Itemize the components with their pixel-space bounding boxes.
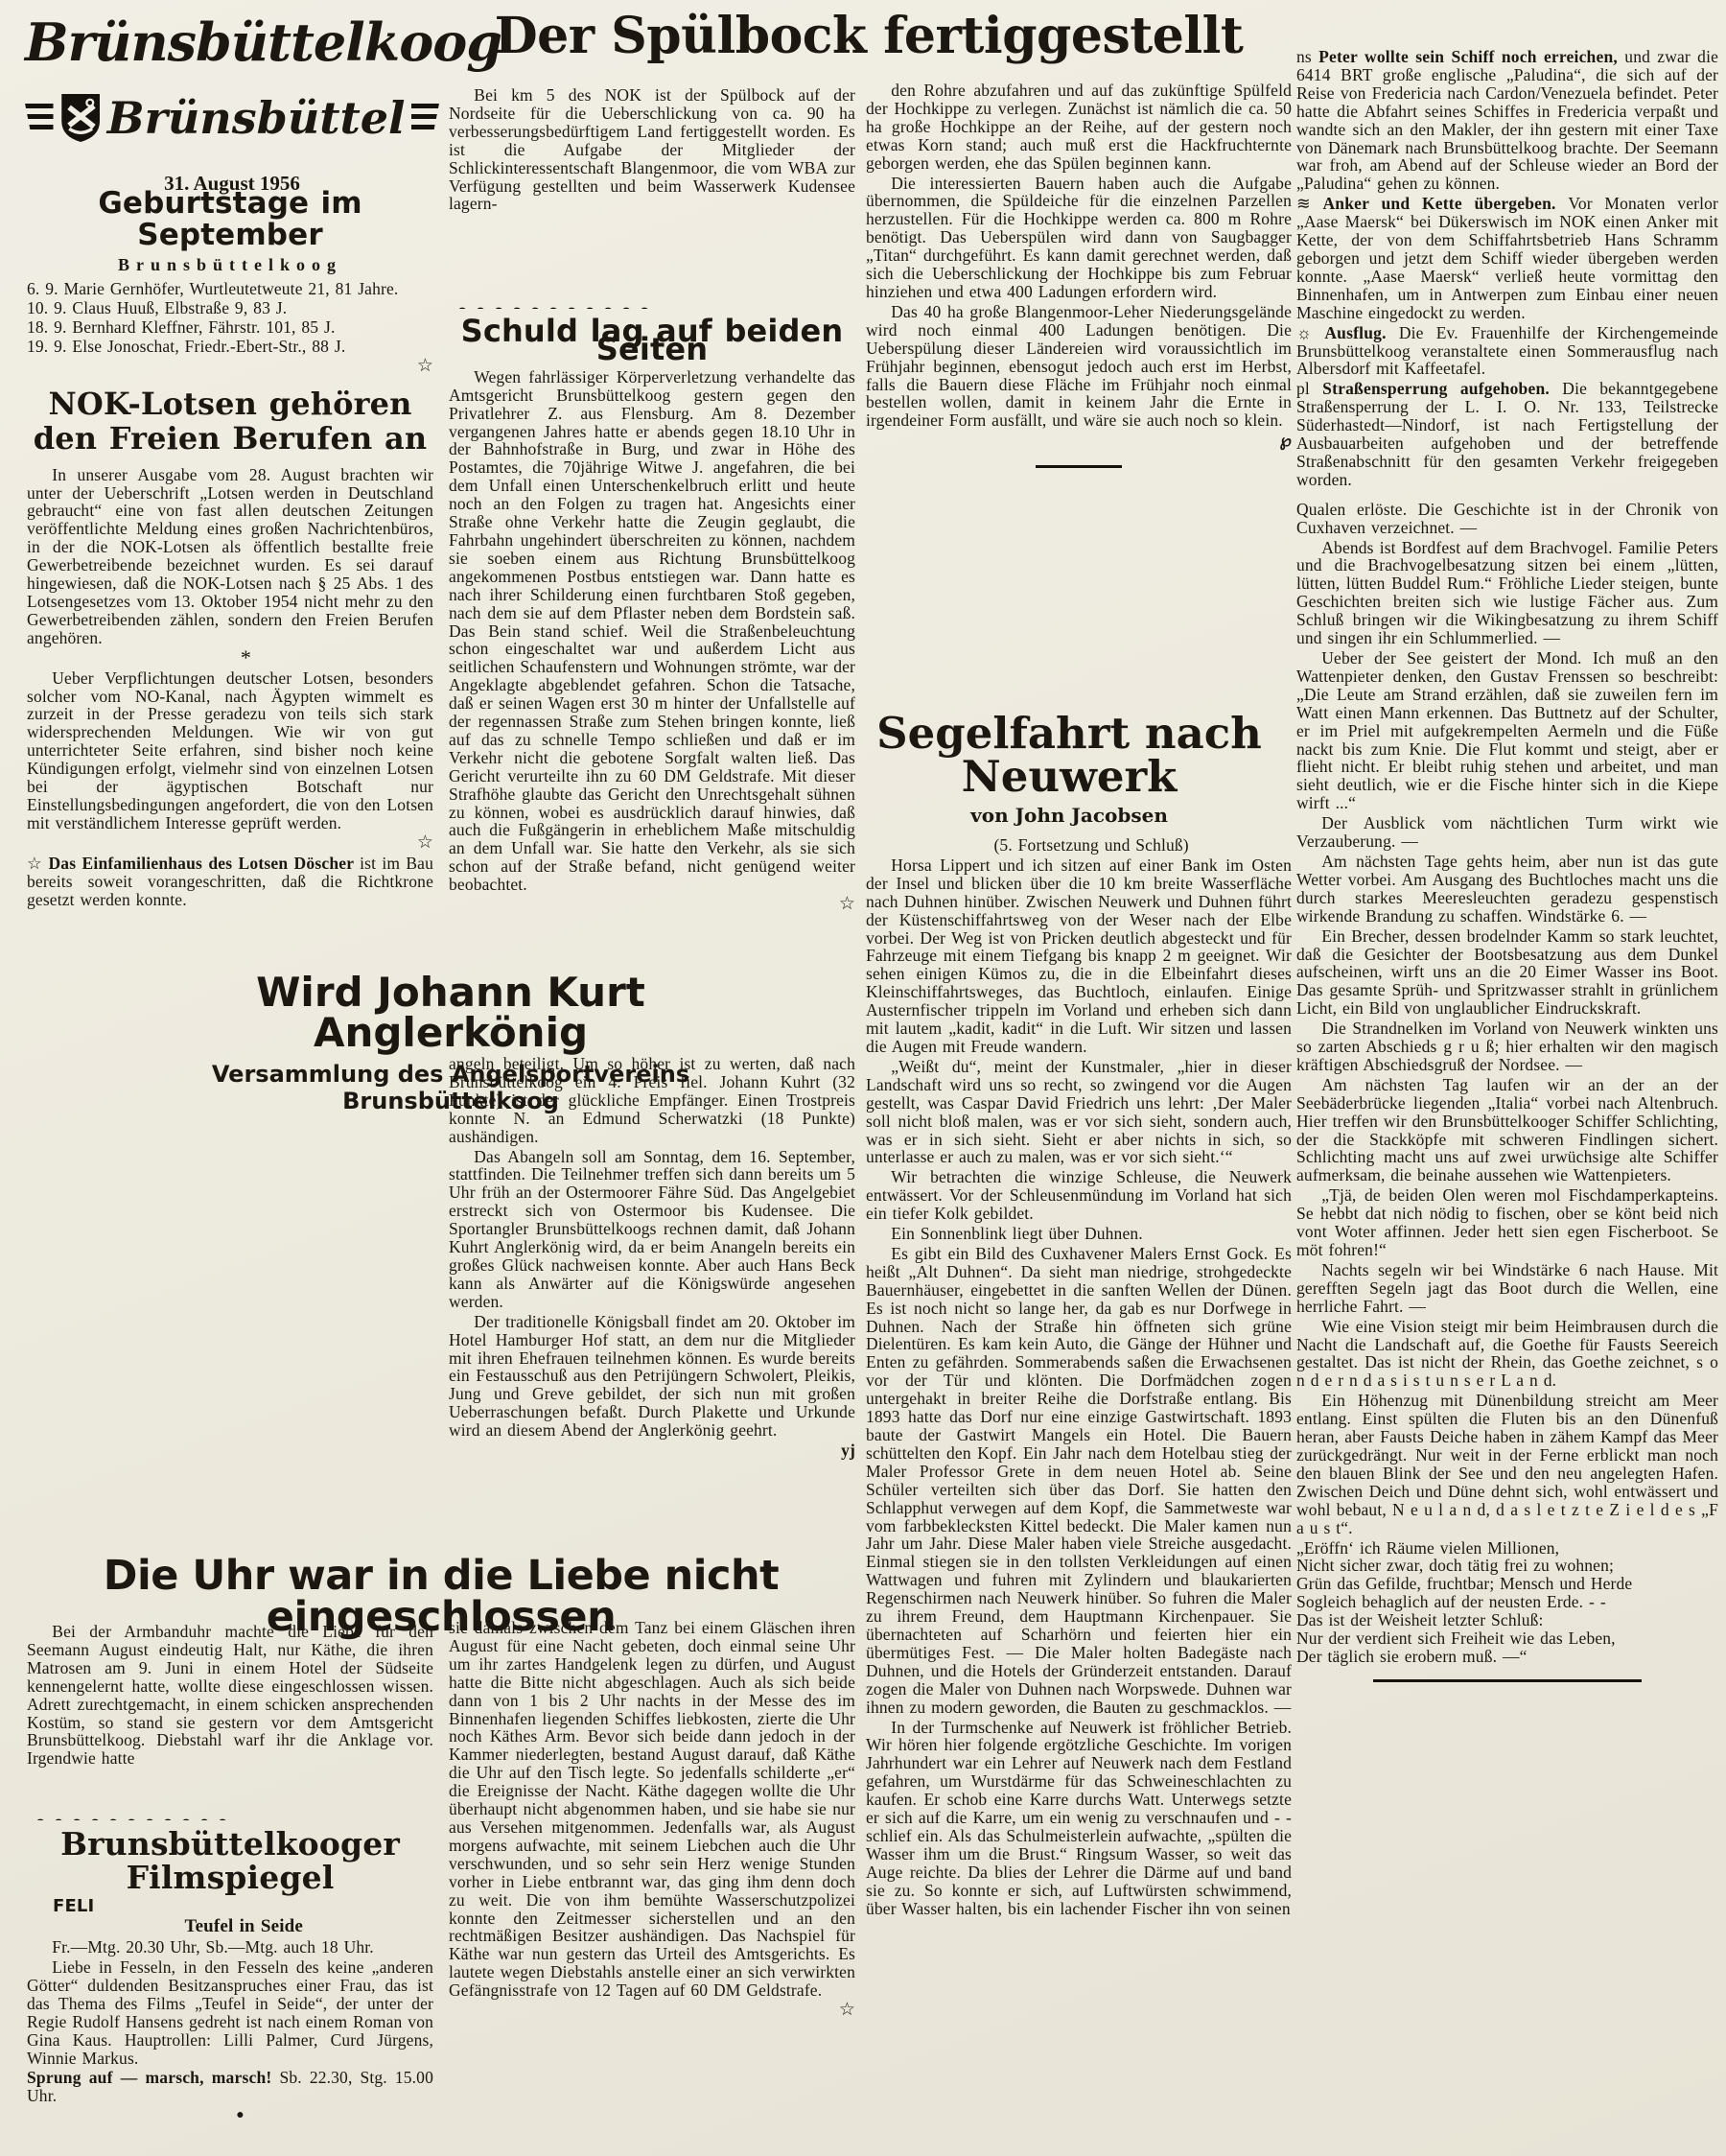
spuelbock-headline: Der Spülbock fertiggestellt [443,12,1294,61]
schuld-article: ____________________________ Schuld lag … [449,288,855,916]
news-brief: ns Peter wollte sein Schiff noch erreich… [1296,48,1718,193]
paragraph: „Weißt du“, meint der Kunstmaler, „hier … [866,1058,1292,1166]
anglerkoenig-body-col2: angeln beteiligt. Um so höher ist zu wer… [449,1055,855,1460]
bold-lead: Sprung auf — marsch, marsch! [27,2068,279,2087]
spuelbock-intro-body: Bei km 5 des NOK ist der Spülbock auf de… [449,86,855,213]
paragraph: Ueber Verpflichtungen deutscher Lotsen, … [27,669,433,832]
birthday-entry: 18. 9. Bernhard Kleffner, Fährstr. 101, … [27,318,433,337]
birthday-entry: 19. 9. Else Jonoschat, Friedr.-Ebert-Str… [27,338,433,356]
news-brief: pl Straßensperrung aufgehoben. Die bekan… [1296,380,1718,488]
film-title: Teufel in Seide [27,1918,433,1936]
bold-lead: Anker und Kette übergeben. [1322,194,1568,213]
masthead: Brünsbüttelkoog Brünsbüttel 31. August 1… [25,15,439,196]
paragraph: Nachts segeln wir bei Windstärke 6 nach … [1296,1261,1718,1316]
paragraph: „Tjä, de beiden Olen weren mol Fischdamp… [1296,1186,1718,1259]
segelfahrt-col3: (5. Fortsetzung und Schluß) Horsa Lipper… [866,836,1292,1919]
author-initials: yj [449,1441,855,1460]
schuld-headline: Schuld lag auf beiden Seiten [449,322,855,359]
column4: ns Peter wollte sein Schiff noch erreich… [1296,48,1718,1682]
anglerkoenig-col2: angeln beteiligt. Um so höher ist zu wer… [449,1055,855,1479]
paragraph: Das ist der Weisheit letzter Schluß: [1296,1611,1718,1629]
paragraph: Wegen fahrlässiger Körperverletzung verh… [449,368,855,894]
end-rule [1373,1679,1642,1682]
rope-divider-ornament: ____________________________ [27,1805,433,1820]
segelfahrt-headline-block: Segelfahrt nach Neuwerk von John Jacobse… [844,712,1294,827]
segelfahrt-byline: von John Jacobsen [844,804,1294,827]
filmspiegel-body: Fr.—Mtg. 20.30 Uhr, Sb.—Mtg. auch 18 Uhr… [27,1938,433,2125]
dot-ornament-icon: ● [27,2107,433,2125]
paragraph: angeln beteiligt. Um so höher ist zu wer… [449,1055,855,1146]
spuelbock-intro-col2: Bei km 5 des NOK ist der Spülbock auf de… [449,86,855,215]
birthdays-headline: Geburtstage im September [27,188,433,250]
bold-lead: Ausflug. [1324,323,1399,342]
paragraph: Es gibt ein Bild des Cuxhavener Malers E… [866,1245,1292,1717]
paragraph: Die Strandnelken im Vorland von Neuwerk … [1296,1019,1718,1074]
nok-body-2: Ueber Verpflichtungen deutscher Lotsen, … [27,669,433,909]
birthday-entry: 6. 9. Marie Gernhöfer, Wurtleutetweute 2… [27,280,433,298]
paragraph: Der Ausblick vom nächtlichen Turm wirkt … [1296,814,1718,851]
anglerkoenig-headline: Wird Johann Kurt Anglerkönig [115,973,786,1053]
segelfahrt-headline: Segelfahrt nach Neuwerk [844,712,1294,798]
paragraph: Abends ist Bordfest auf dem Brachvogel. … [1296,539,1718,647]
uhr-article-col1: Bei der Armbanduhr machte die Liebe für … [27,1623,433,1769]
birthdays-subhead: Brunsbüttelkoog [27,256,433,274]
nok-headline: NOK-Lotsen gehören den Freien Berufen an [27,387,433,457]
rope-divider-ornament: ____________________________ [449,293,855,309]
bold-lead: Das Einfamilienhaus des Lotsen Döscher [48,854,360,873]
cinema-name: FELI [27,1898,433,1916]
brief-lead-icon: ns [1296,47,1318,66]
asterisk-divider-icon: * [27,649,433,668]
segelfahrt-body-col3: Horsa Lippert und ich sitzen auf einer B… [866,856,1292,1918]
paragraph: Bei km 5 des NOK ist der Spülbock auf de… [449,86,855,213]
paragraph: Fr.—Mtg. 20.30 Uhr, Sb.—Mtg. auch 18 Uhr… [27,1938,433,1957]
spuelbock-continuation-col3: den Rohre abzufahren und auf das zukünft… [866,82,1292,468]
birthday-entry: 10. 9. Claus Huuß, Elbstraße 9, 83 J. [27,299,433,317]
bold-lead: Straßensperrung aufgehoben. [1322,379,1562,398]
segelfahrt-body-col4: Qualen erlöste. Die Geschichte ist in de… [1296,501,1718,1666]
paragraph: Horsa Lippert und ich sitzen auf einer B… [866,856,1292,1056]
brief-lead-icon: ≋ [1296,194,1322,213]
star-ornament-icon: ☆ [449,896,855,914]
paragraph: Ein Brecher, dessen brodelnder Kamm so s… [1296,927,1718,1019]
speedlines-left-ornament [25,104,54,132]
paragraph: In der Turmschenke auf Neuwerk ist fröhl… [866,1719,1292,1918]
paragraph: sie damals zwischen dem Tanz bei einem G… [449,1619,855,2000]
paragraph: Liebe in Fesseln, in den Fesseln des kei… [27,1958,433,2067]
star-ornament-icon: ☆ [449,2002,855,2020]
news-brief: ☼ Ausflug. Die Ev. Frauenhilfe der Kirch… [1296,324,1718,379]
paragraph: Der traditionelle Königsball findet am 2… [449,1313,855,1440]
paragraph: Qualen erlöste. Die Geschichte ist in de… [1296,501,1718,537]
nok-article: NOK-Lotsen gehören den Freien Berufen an… [27,387,433,927]
section-rule [1036,465,1122,468]
star-ornament-icon: ☆ [27,834,433,853]
signature-glyph: ℘ [866,432,1292,450]
uhr-article-col2: sie damals zwischen dem Tanz bei einem G… [449,1619,855,2022]
paragraph: Wie eine Vision steigt mir beim Heimbrau… [1296,1318,1718,1391]
masthead-title-line1: Brünsbüttelkoog [25,15,439,70]
birthdays-list: 6. 9. Marie Gernhöfer, Wurtleutetweute 2… [27,280,433,376]
filmspiegel-headline: Brunsbüttelkooger Filmspiegel [27,1828,433,1894]
paragraph: Nicht sicher zwar, doch tätig frei zu wo… [1296,1557,1718,1575]
newspaper-page: Brünsbüttelkoog Brünsbüttel 31. August 1… [0,0,1726,2156]
bold-lead: Peter wollte sein Schiff noch erreichen, [1318,47,1624,66]
paragraph: Das 40 ha große Blangenmoor-Leher Nieder… [866,303,1292,430]
spuelbock-body-col3: den Rohre abzufahren und auf das zukünft… [866,82,1292,450]
brief-lead-icon: ☆ [27,854,48,873]
paragraph: Ueber der See geistert der Mond. Ich muß… [1296,649,1718,812]
continuation-note: (5. Fortsetzung und Schluß) [866,836,1292,855]
paragraph: den Rohre abzufahren und auf das zukünft… [866,82,1292,173]
paragraph: „Eröffn‘ ich Räume vielen Millionen, [1296,1539,1718,1558]
paragraph: Sprung auf — marsch, marsch! Sb. 22.30, … [27,2069,433,2105]
speedlines-right-ornament [411,104,440,132]
masthead-title-line2: Brünsbüttel [107,92,406,144]
crossed-anchor-shield-icon [59,74,102,162]
squiggle-divider-ornament: ________ [627,1464,677,1475]
uhr-body-col2: sie damals zwischen dem Tanz bei einem G… [449,1619,855,2020]
paragraph: Sogleich behaglich auf der neusten Erde.… [1296,1593,1718,1611]
news-brief: ☆ Das Einfamilienhaus des Lotsen Döscher… [27,855,433,909]
paragraph: Ein Sonnenblink liegt über Duhnen. [866,1225,1292,1243]
paragraph: Ein Höhenzug mit Dünenbildung streicht a… [1296,1392,1718,1536]
paragraph: Am nächsten Tage gehts heim, aber nun is… [1296,853,1718,926]
brief-lead-icon: ☼ [1296,323,1324,342]
paragraph: Nur der verdient sich Freiheit wie das L… [1296,1629,1718,1648]
filmspiegel-section: ____________________________ Brunsbüttel… [27,1799,433,2127]
paragraph: Bei der Armbanduhr machte die Liebe für … [27,1623,433,1768]
news-briefs: ns Peter wollte sein Schiff noch erreich… [1296,48,1718,489]
star-ornament-icon: ☆ [27,358,433,376]
news-brief: ≋ Anker und Kette übergeben. Vor Monaten… [1296,195,1718,321]
paragraph: Am nächsten Tag laufen wir an der an der… [1296,1076,1718,1184]
paragraph: Das Abangeln soll am Sonntag, dem 16. Se… [449,1148,855,1311]
paragraph: Grün das Gefilde, fruchtbar; Mensch und … [1296,1575,1718,1593]
paragraph: Wir betrachten die winzige Schleuse, die… [866,1168,1292,1223]
uhr-body-col1: Bei der Armbanduhr machte die Liebe für … [27,1623,433,1768]
paragraph: Die interessierten Bauern haben auch die… [866,175,1292,301]
schuld-body: Wegen fahrlässiger Körperverletzung verh… [449,368,855,914]
squiggle-divider-ornament: ________ [205,912,255,924]
brief-lead-icon: pl [1296,379,1322,398]
birthdays-section: Geburtstage im September Brunsbüttelkoog… [27,188,433,377]
nok-body-1: In unserer Ausgabe vom 28. August bracht… [27,466,433,647]
paragraph: Der täglich sie erobern muß. —“ [1296,1648,1718,1666]
paragraph: In unserer Ausgabe vom 28. August bracht… [27,466,433,647]
